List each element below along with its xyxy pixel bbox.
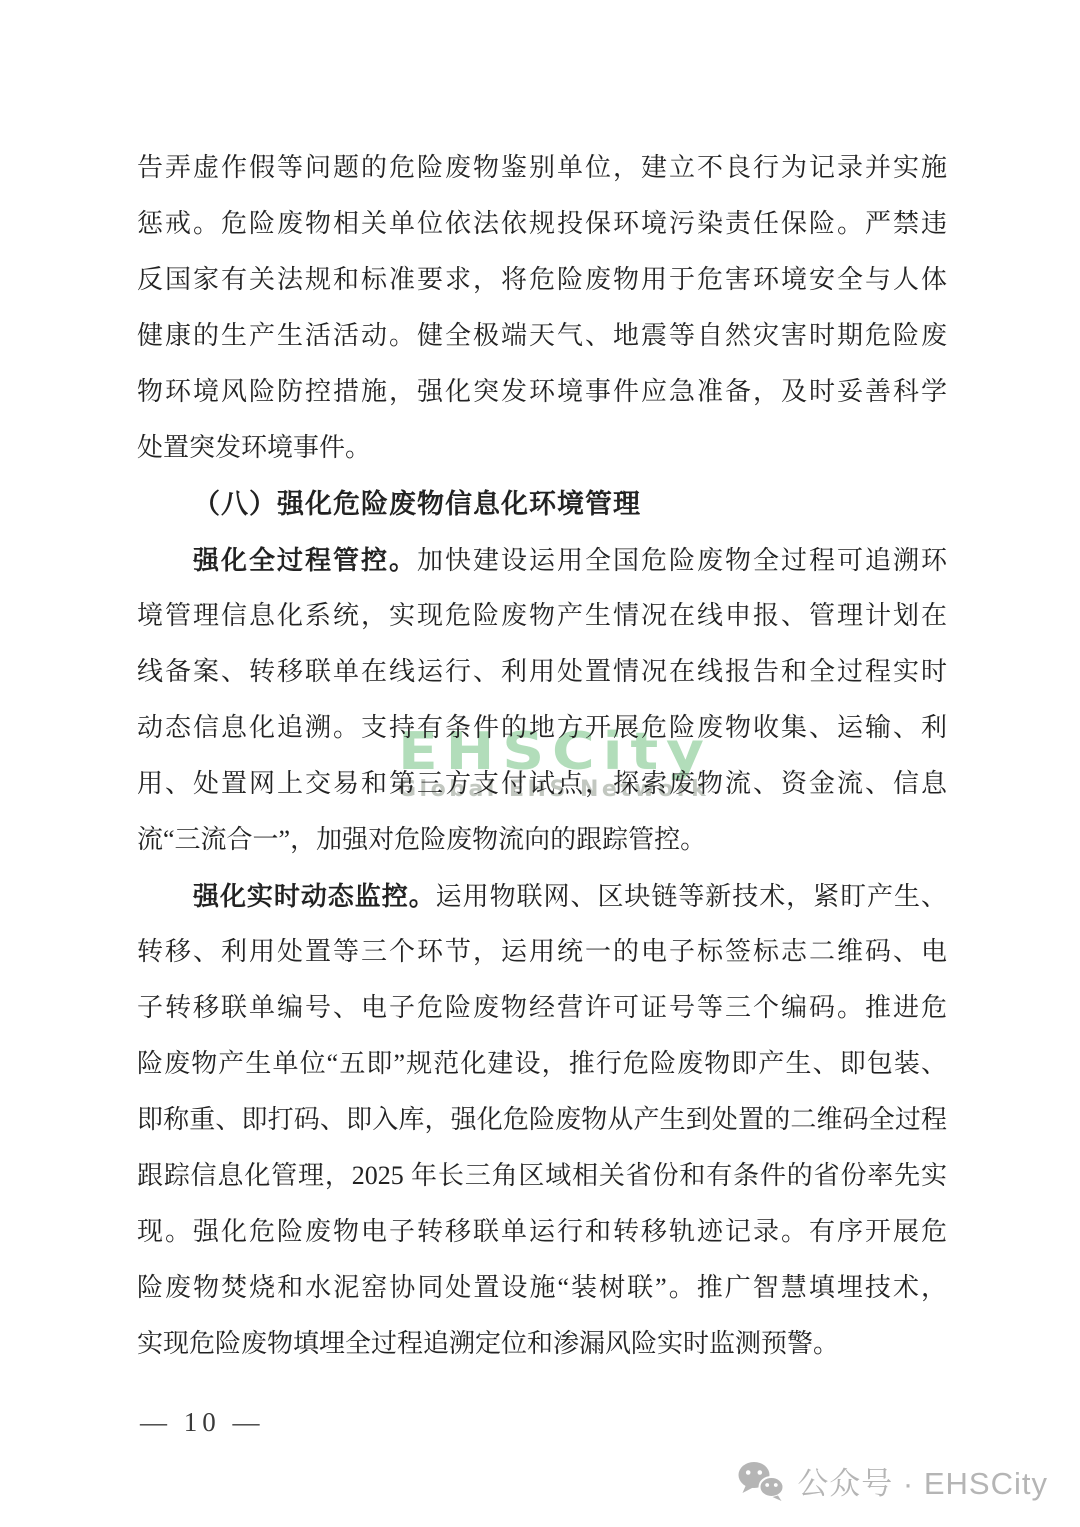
text-line: 境管理信息化系统，实现危险废物产生情况在线申报、管理计划在 [137,588,947,644]
paragraph: 强化全过程管控。加快建设运用全国危险废物全过程可追溯环境管理信息化系统，实现危险… [137,532,947,868]
text-line: 用、处置网上交易和第三方支付试点，探索废物流、资金流、信息 [137,756,947,812]
text-line: 即称重、即打码、即入库，强化危险废物从产生到处置的二维码全过程 [137,1092,947,1148]
text-line: 跟踪信息化管理，2025 年长三角区域相关省份和有条件的省份率先实 [137,1148,947,1204]
text-line: 转移、利用处置等三个环节，运用统一的电子标签标志二维码、电 [137,924,947,980]
bold-lead: 强化实时动态监控。 [193,881,436,911]
wechat-footer: 公众号 · EHSCity [737,1458,1048,1503]
text-line: 流“三流合一”，加强对危险废物流向的跟踪管控。 [137,812,947,868]
bold-lead: 强化全过程管控。 [193,545,417,575]
wechat-icon [737,1461,785,1501]
text-line: 实现危险废物填埋全过程追溯定位和渗漏风险实时监测预警。 [137,1316,947,1372]
text-line: 线备案、转移联单在线运行、利用处置情况在线报告和全过程实时 [137,644,947,700]
text-line: 反国家有关法规和标准要求，将危险废物用于危害环境安全与人体 [137,252,947,308]
text-line: 处置突发环境事件。 [137,420,947,476]
wechat-account-label: 公众号 · EHSCity [797,1458,1048,1503]
text-line: 强化全过程管控。加快建设运用全国危险废物全过程可追溯环 [137,532,947,588]
text-line: 险废物产生单位“五即”规范化建设，推行危险废物即产生、即包装、 [137,1036,947,1092]
text-line: 强化实时动态监控。运用物联网、区块链等新技术，紧盯产生、 [137,868,947,924]
document-page: EHSCity Global EHS Network 告弄虚作假等问题的危险废物… [0,0,1080,1527]
text-line: 子转移联单编号、电子危险废物经营许可证号等三个编码。推进危 [137,980,947,1036]
text-line: 惩戒。危险废物相关单位依法依规投保环境污染责任保险。严禁违 [137,196,947,252]
text-line: 健康的生产生活活动。健全极端天气、地震等自然灾害时期危险废 [137,308,947,364]
page-number: — 10 — [140,1407,265,1438]
paragraph: 告弄虚作假等问题的危险废物鉴别单位，建立不良行为记录并实施惩戒。危险废物相关单位… [137,140,947,476]
text-line: 险废物焚烧和水泥窑协同处置设施“装树联”。推广智慧填埋技术， [137,1260,947,1316]
document-body: 告弄虚作假等问题的危险废物鉴别单位，建立不良行为记录并实施惩戒。危险废物相关单位… [137,140,947,1372]
text-line: 物环境风险防控措施，强化突发环境事件应急准备，及时妥善科学 [137,364,947,420]
text-line: 动态信息化追溯。支持有条件的地方开展危险废物收集、运输、利 [137,700,947,756]
text-line: 告弄虚作假等问题的危险废物鉴别单位，建立不良行为记录并实施 [137,140,947,196]
text-line: 现。强化危险废物电子转移联单运行和转移轨迹记录。有序开展危 [137,1204,947,1260]
section-heading: （八）强化危险废物信息化环境管理 [137,476,947,532]
paragraph: 强化实时动态监控。运用物联网、区块链等新技术，紧盯产生、转移、利用处置等三个环节… [137,868,947,1372]
